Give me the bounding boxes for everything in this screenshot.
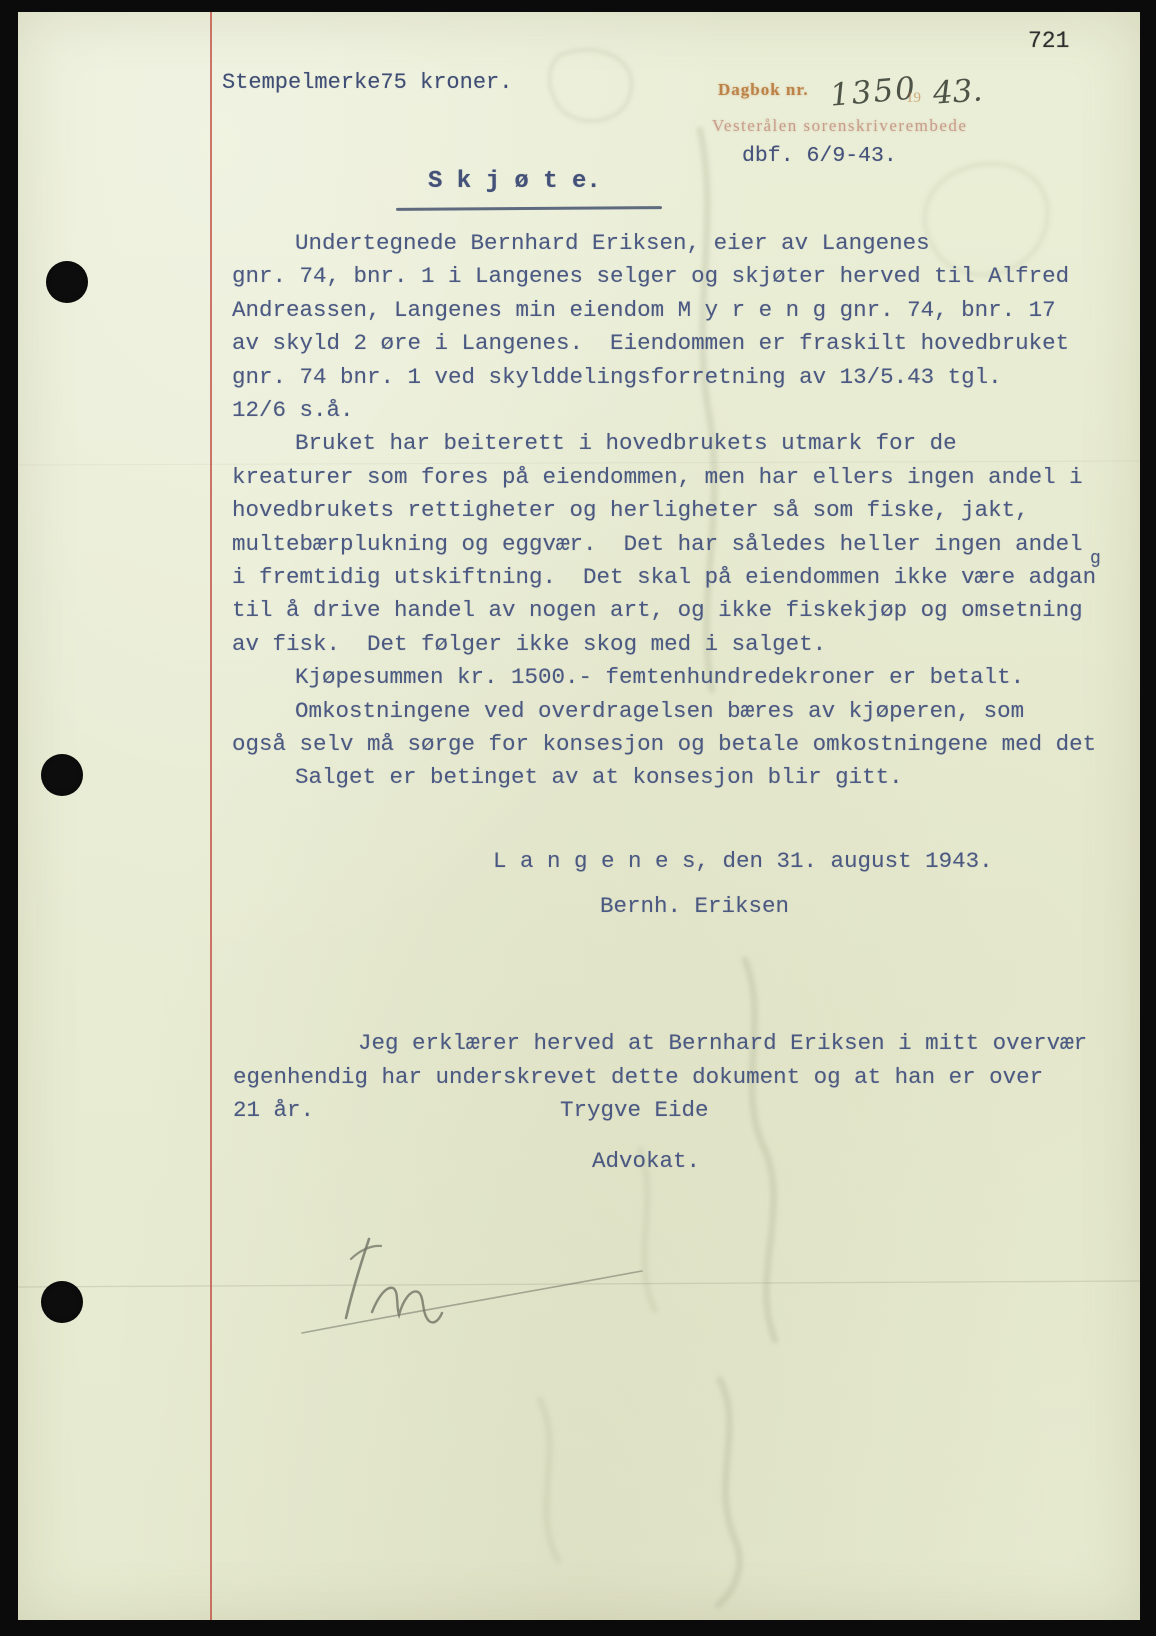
registry-year-handwritten: 43. <box>932 72 984 111</box>
witness-name: Trygve Eide <box>560 1097 709 1123</box>
body-line: Omkostningene ved overdragelsen bæres av… <box>232 698 1024 724</box>
body-line: gnr. 74 bnr. 1 ved skylddelingsforretnin… <box>232 364 1002 390</box>
body-line: Salget er betinget av at konsesjon blir … <box>232 764 903 790</box>
punch-hole <box>41 1281 83 1323</box>
body-line: hovedbrukets rettigheter og herligheter … <box>232 497 1029 523</box>
age-note: 21 år. <box>233 1097 314 1123</box>
margin-rule-line <box>210 12 212 1620</box>
body-line: 12/6 s.å. <box>232 397 354 423</box>
witness-line: egenhendig har underskrevet dette dokume… <box>233 1064 1043 1090</box>
scanned-deed-page: Stempelmerke75 kroner. 721 Dagbok nr. 13… <box>0 0 1156 1636</box>
body-line: multebærplukning og eggvær. Det har såle… <box>232 531 1083 557</box>
registry-stamp-year-prefix: 19 <box>906 90 921 107</box>
body-line: Kjøpesummen kr. 1500.- femtenhundredekro… <box>232 664 1024 690</box>
registry-stamp-label: Dagbok nr. <box>718 80 809 100</box>
body-line: Andreassen, Langenes min eiendom M y r e… <box>232 297 1056 323</box>
witness-line: Jeg erklærer herved at Bernhard Eriksen … <box>358 1030 1087 1056</box>
body-line: av fisk. Det følger ikke skog med i salg… <box>232 631 826 657</box>
seller-signature: Bernh. Eriksen <box>600 893 789 919</box>
stamp-duty-note: Stempelmerke75 kroner. <box>222 70 512 95</box>
page-number: 721 <box>1028 28 1069 54</box>
body-line: i fremtidig utskiftning. Det skal på eie… <box>232 564 1096 590</box>
body-line: også selv må sørge for konsesjon og beta… <box>232 731 1096 757</box>
registry-number-handwritten: 1350 <box>829 70 919 113</box>
body-line: til å drive handel av nogen art, og ikke… <box>232 597 1083 623</box>
body-line: av skyld 2 øre i Langenes. Eiendommen er… <box>232 330 1069 356</box>
body-line: Undertegnede Bernhard Eriksen, eier av L… <box>232 230 930 256</box>
place-date-line: L a n g e n e s, den 31. august 1943. <box>493 848 993 874</box>
punch-hole <box>46 261 88 303</box>
body-line: Bruket har beiterett i hovedbrukets utma… <box>232 430 957 456</box>
punch-hole <box>41 754 83 796</box>
witness-title: Advokat. <box>592 1148 700 1174</box>
body-line: kreaturer som fores på eiendommen, men h… <box>232 464 1083 490</box>
deed-title: S k j ø t e. <box>428 168 601 195</box>
body-line: gnr. 74, bnr. 1 i Langenes selger og skj… <box>232 263 1069 289</box>
filed-date-note: dbf. 6/9-43. <box>742 144 897 168</box>
registry-stamp-office-name: Vesterålen sorenskriverembede <box>712 116 967 136</box>
typed-correction-superscript: g <box>1090 549 1101 569</box>
